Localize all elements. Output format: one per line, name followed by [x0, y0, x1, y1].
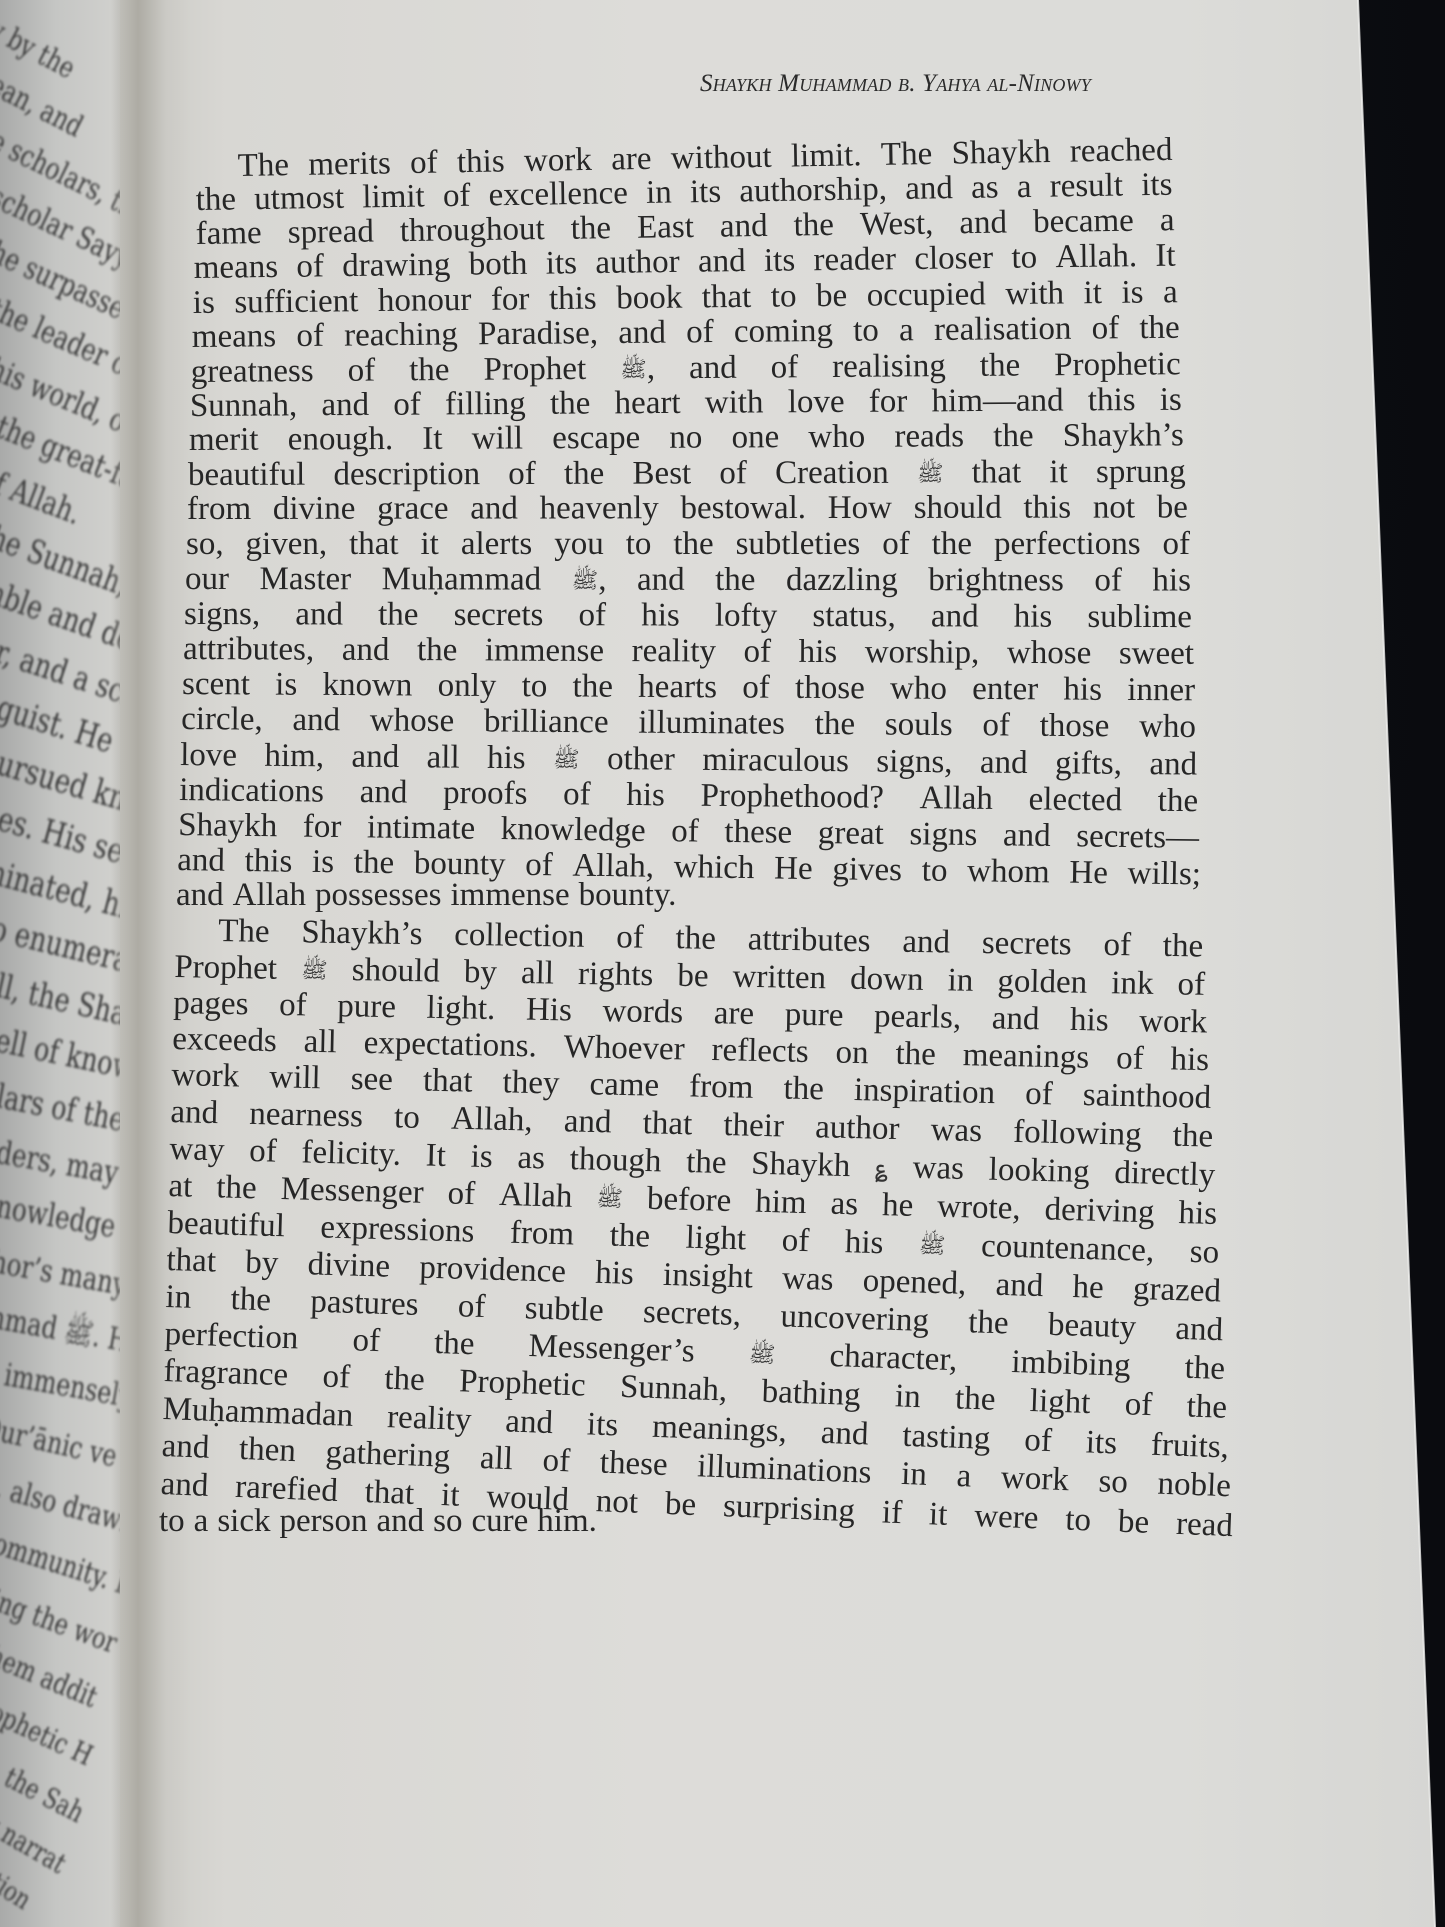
text-line: fromdivinegraceandheavenlybestowal.Howsh… — [187, 489, 1188, 528]
word: of — [563, 776, 591, 813]
word: our — [185, 561, 229, 600]
word: him—and — [931, 383, 1063, 421]
word: will — [269, 1059, 321, 1097]
text-line: signs,andthesecretsofhisloftystatus,andh… — [184, 596, 1192, 636]
word: given, — [246, 526, 328, 563]
word: is — [470, 1139, 493, 1177]
word: a — [194, 1503, 209, 1540]
word: of — [1092, 310, 1120, 347]
word: see — [350, 1061, 393, 1099]
word: He — [1069, 855, 1108, 893]
word: wills; — [1127, 855, 1201, 893]
word: is — [1121, 275, 1143, 312]
word: is — [193, 285, 215, 322]
word: of — [1163, 526, 1191, 563]
body-text: Themeritsofthisworkarewithoutlimit.TheSh… — [0, 0, 1445, 1927]
word: The — [881, 136, 933, 174]
word: so — [1098, 1463, 1129, 1501]
word: of — [393, 387, 421, 424]
salawat-honorific-icon: ﷺ — [748, 1340, 776, 1373]
word: and — [820, 1415, 869, 1454]
word: and — [177, 842, 225, 880]
word: reads — [894, 418, 964, 455]
word: its — [586, 1406, 619, 1444]
word: of — [1124, 1386, 1153, 1424]
word: tasting — [902, 1418, 991, 1458]
word: and — [720, 208, 768, 246]
word: pastures — [310, 1284, 419, 1324]
word: indications — [179, 772, 324, 811]
word: its — [1141, 167, 1173, 204]
word: for — [491, 281, 530, 318]
word: and — [321, 387, 369, 424]
word: The — [237, 147, 289, 185]
word: He — [774, 850, 813, 888]
word: of — [686, 314, 714, 351]
word: a — [1017, 169, 1032, 206]
word: worship, — [865, 634, 980, 672]
word: of — [616, 919, 644, 956]
word: circle, — [181, 701, 263, 739]
word: the — [609, 1218, 650, 1258]
word: grace — [377, 491, 448, 528]
word: to — [922, 853, 948, 890]
word: of — [742, 670, 770, 707]
word: Shaykh — [951, 134, 1051, 173]
word: the — [675, 920, 716, 958]
word: whose — [1007, 635, 1092, 672]
word: and — [1175, 1311, 1224, 1349]
word: ink — [1111, 965, 1154, 1005]
word: attributes, — [183, 631, 314, 669]
word: known — [322, 667, 412, 705]
word: utmost — [254, 180, 344, 218]
word: it — [421, 526, 439, 563]
word: without — [670, 139, 771, 178]
word: limit — [362, 178, 425, 216]
word: Prophethood? — [700, 778, 884, 817]
word: and — [342, 632, 390, 669]
word: who — [890, 670, 947, 707]
word: immense — [485, 632, 604, 670]
word: the — [715, 562, 755, 601]
word: and — [905, 170, 953, 208]
word: to — [1065, 1502, 1092, 1540]
word: felicity. — [301, 1134, 401, 1173]
word: merit — [189, 422, 259, 459]
word: countenance, — [981, 1228, 1155, 1272]
word: the — [793, 207, 834, 245]
word: enough. — [288, 421, 394, 458]
word: the — [954, 1380, 996, 1418]
word: to — [394, 1099, 421, 1137]
word: it — [1049, 454, 1067, 493]
word: reflects — [711, 1032, 809, 1071]
word: and — [689, 350, 737, 389]
word: and — [376, 1503, 424, 1540]
word: sweet — [1119, 635, 1194, 672]
word: and — [618, 315, 666, 352]
word: of — [781, 1222, 810, 1262]
word: grazed — [1132, 1271, 1221, 1311]
word: of — [982, 707, 1010, 744]
word: love — [180, 737, 237, 777]
word: that — [642, 1105, 692, 1143]
word: the — [378, 597, 418, 634]
word: this — [457, 143, 505, 181]
word: of — [542, 1442, 571, 1480]
word: reader — [813, 241, 896, 279]
word: down — [850, 961, 924, 1001]
word: and — [563, 1103, 612, 1141]
word: which — [674, 849, 755, 887]
word: It — [425, 1137, 446, 1174]
word: secrets — [982, 925, 1072, 963]
word: pages — [173, 985, 249, 1023]
word: ﷺ — [748, 1335, 776, 1375]
word: work — [1139, 1003, 1208, 1041]
word: immense — [451, 877, 570, 914]
word: Shaykh — [751, 1146, 851, 1185]
word: Allah — [233, 877, 306, 914]
word: to — [522, 668, 548, 705]
word: the — [216, 1169, 257, 1209]
word: Sunnah, — [190, 387, 297, 425]
word: at — [168, 1168, 193, 1208]
word: his — [1152, 563, 1191, 602]
word: whose — [370, 702, 455, 740]
word: Shaykh’s — [1063, 417, 1184, 455]
word: of — [743, 634, 771, 671]
word: to — [1011, 239, 1037, 276]
salawat-honorific-icon: ﷺ — [572, 567, 599, 599]
word: sufficient — [234, 283, 358, 321]
word: that — [166, 1242, 217, 1280]
word: meanings — [962, 1037, 1089, 1077]
word: subtle — [524, 1290, 604, 1329]
word: work — [171, 1057, 240, 1095]
word: sainthood — [1082, 1077, 1211, 1117]
word: excellence — [488, 175, 628, 214]
word: signs, — [876, 744, 952, 784]
word: they — [502, 1064, 560, 1102]
word: only — [438, 668, 497, 705]
word: the — [417, 632, 458, 669]
word: dazzling — [786, 562, 898, 601]
word: reality — [632, 633, 716, 670]
word: gifts, — [1055, 745, 1122, 785]
word: filling — [445, 386, 526, 424]
word: authorship, — [739, 171, 887, 210]
word: his — [1178, 1195, 1218, 1235]
word: it — [928, 1496, 948, 1534]
word: brightness — [928, 562, 1064, 601]
word: its — [546, 245, 578, 282]
word: occupied — [867, 276, 987, 314]
text-line: toasickpersonandsocurehim. — [159, 1503, 606, 1540]
word: East — [637, 209, 694, 247]
word: you — [554, 526, 604, 563]
word: subtleties — [736, 526, 861, 563]
word: of — [719, 455, 747, 494]
word: perfections — [994, 526, 1141, 563]
word: light — [1029, 1383, 1091, 1422]
word: and — [959, 205, 1007, 243]
word: and — [170, 1094, 219, 1132]
word: then — [238, 1431, 296, 1470]
word: for — [303, 809, 342, 846]
word: Sunnah, — [619, 1369, 727, 1410]
word: before — [646, 1181, 731, 1222]
word: his — [1170, 1041, 1209, 1079]
word: surprising — [722, 1488, 855, 1530]
word: light. — [426, 990, 495, 1028]
word: possesses — [315, 877, 442, 914]
word: ؏ — [875, 1149, 889, 1186]
word: looking — [988, 1152, 1090, 1192]
word: him, — [264, 738, 324, 778]
word: read — [1175, 1506, 1233, 1545]
word: was — [912, 1150, 964, 1188]
word: were — [974, 1498, 1040, 1537]
word: the — [686, 1144, 727, 1182]
word: status, — [812, 598, 896, 635]
word: of — [1103, 927, 1131, 964]
word: The — [218, 913, 270, 951]
word: spread — [287, 213, 374, 251]
word: fame — [195, 215, 261, 253]
word: book — [616, 280, 682, 318]
word: and — [980, 745, 1028, 784]
word: beautiful — [167, 1205, 285, 1247]
word: whom — [967, 853, 1050, 891]
word: and — [360, 774, 408, 812]
word: and — [931, 598, 979, 635]
word: not — [1093, 490, 1135, 527]
word: the — [783, 1070, 824, 1108]
salawat-honorific-icon: ﷺ — [553, 746, 580, 778]
word: from — [509, 1215, 574, 1256]
word: of — [1094, 562, 1122, 601]
word: following — [1013, 1114, 1142, 1154]
word: his — [1014, 599, 1053, 636]
word: expressions — [320, 1209, 475, 1252]
word: sprung — [1096, 454, 1186, 493]
word: illuminates — [638, 705, 785, 743]
word: bestowal. — [680, 490, 806, 527]
word: the — [968, 1304, 1009, 1342]
word: way — [169, 1131, 225, 1169]
word: honour — [378, 282, 472, 320]
word: of — [443, 178, 471, 215]
text-line: so,given,thatitalertsyoutothesubtletieso… — [186, 526, 1190, 563]
word: is — [1160, 382, 1182, 419]
word: expectations. — [363, 1025, 537, 1066]
word: illuminations — [697, 1448, 872, 1492]
word: written — [732, 959, 826, 1000]
word: insight — [663, 1257, 754, 1297]
word: so, — [186, 526, 224, 563]
word: the — [1172, 1118, 1213, 1156]
word: the — [433, 1325, 475, 1365]
word: with — [705, 384, 764, 421]
word: for — [869, 383, 908, 420]
word: all — [521, 955, 555, 995]
word: that — [972, 454, 1022, 493]
word: of — [447, 1175, 476, 1215]
word: in — [646, 175, 672, 212]
word: and — [292, 702, 340, 739]
word: proofs — [443, 775, 528, 813]
word: means — [194, 249, 279, 287]
word: the — [993, 418, 1034, 455]
word: reality — [386, 1399, 472, 1439]
word: means — [192, 318, 277, 356]
word: these — [724, 814, 792, 852]
word: coming — [734, 313, 833, 351]
word: be — [1117, 1504, 1150, 1542]
word: scent — [182, 666, 250, 703]
word: the — [550, 385, 591, 422]
word: and — [160, 1466, 209, 1505]
word: work — [1000, 1460, 1069, 1500]
book-photo: y by theean, ande scholars, thescholar S… — [0, 0, 1445, 1927]
word: that — [702, 279, 752, 317]
word: who — [1139, 709, 1196, 746]
word: his — [487, 740, 526, 779]
word: knowledge — [501, 811, 646, 850]
word: be — [1157, 489, 1188, 526]
shaykh-honorific-icon: ؏ — [875, 1156, 889, 1181]
word: will — [472, 420, 524, 457]
word: his — [844, 1224, 884, 1264]
word: pearls, — [874, 998, 962, 1037]
word: a — [899, 312, 914, 349]
word: the — [570, 210, 611, 248]
word: cure — [471, 1503, 528, 1540]
word: attributes — [747, 921, 870, 960]
word: How — [828, 490, 892, 527]
text-line: andAllahpossessesimmensebounty. — [176, 877, 685, 914]
word: of — [352, 1322, 381, 1362]
word: all — [303, 1024, 337, 1062]
word: as — [971, 169, 999, 206]
word: meanings, — [652, 1409, 788, 1451]
word: uncovering — [780, 1298, 930, 1340]
word: and — [902, 924, 950, 962]
word: are — [611, 141, 652, 179]
salawat-honorific-icon: ﷺ — [596, 1184, 623, 1217]
word: the — [572, 668, 613, 705]
word: his — [1070, 1002, 1109, 1040]
word: from — [187, 491, 251, 528]
word: of — [1116, 1040, 1144, 1078]
word: result — [1049, 167, 1123, 205]
word: Muḥammad — [382, 561, 542, 600]
word: throughout — [400, 211, 545, 250]
word: this — [549, 281, 597, 319]
word: reaching — [344, 316, 458, 354]
word: its — [1085, 1424, 1118, 1462]
word: closer — [914, 240, 993, 278]
word: divine — [307, 1246, 391, 1285]
word: his — [1063, 672, 1102, 709]
word: is — [312, 844, 335, 881]
word: are — [713, 995, 754, 1033]
word: the — [230, 1281, 271, 1319]
word: on — [835, 1035, 869, 1073]
word: ﷺ — [301, 951, 328, 990]
word: lofty — [715, 598, 777, 635]
word: its — [690, 174, 722, 211]
word: ﷺ, — [572, 562, 607, 601]
word: wrote, — [937, 1189, 1021, 1230]
word: is — [275, 667, 297, 704]
word: to — [771, 278, 797, 315]
word: who — [808, 419, 865, 456]
word: of — [1025, 1076, 1053, 1114]
word: enter — [972, 671, 1038, 708]
word: and — [1003, 817, 1051, 855]
word: this — [244, 843, 292, 881]
word: and — [995, 1267, 1044, 1305]
word: these — [599, 1445, 668, 1485]
word: deriving — [1044, 1191, 1155, 1233]
word: his — [641, 597, 680, 634]
word: intimate — [367, 809, 476, 847]
word: miraculous — [702, 742, 849, 782]
word: and — [351, 739, 399, 778]
word: of — [671, 813, 699, 850]
word: secrets— — [1076, 818, 1199, 857]
word: the — [564, 456, 604, 495]
word: the — [980, 347, 1021, 386]
word: great — [818, 815, 884, 853]
word: heart — [614, 385, 680, 422]
word: no — [669, 420, 702, 457]
word: love — [788, 384, 845, 421]
word: and — [505, 1403, 554, 1442]
word: secrets, — [642, 1294, 741, 1334]
word: the — [673, 526, 713, 563]
word: that — [349, 526, 398, 563]
word: bounty. — [579, 877, 677, 914]
word: the — [1184, 1350, 1226, 1390]
word: Messenger — [280, 1171, 424, 1214]
word: so — [433, 1503, 462, 1540]
word: by — [245, 1244, 279, 1282]
word: its — [764, 242, 796, 279]
word: he — [882, 1187, 914, 1227]
word: all — [479, 1440, 513, 1478]
word: sick — [217, 1503, 270, 1540]
word: ﷺ — [553, 741, 580, 780]
word: the — [409, 352, 450, 391]
word: and — [176, 877, 224, 914]
word: fragrance — [163, 1353, 289, 1394]
word: the — [1158, 783, 1199, 820]
salawat-honorific-icon: ﷺ — [918, 1231, 945, 1264]
word: inspiration — [854, 1072, 996, 1112]
word: that — [423, 1063, 473, 1101]
word: his — [595, 1255, 635, 1293]
word: It — [1155, 238, 1176, 275]
word: hearts — [638, 669, 717, 706]
word: be — [816, 278, 848, 315]
word: in — [894, 1378, 921, 1416]
word: of — [771, 349, 799, 388]
word: gathering — [325, 1434, 451, 1476]
